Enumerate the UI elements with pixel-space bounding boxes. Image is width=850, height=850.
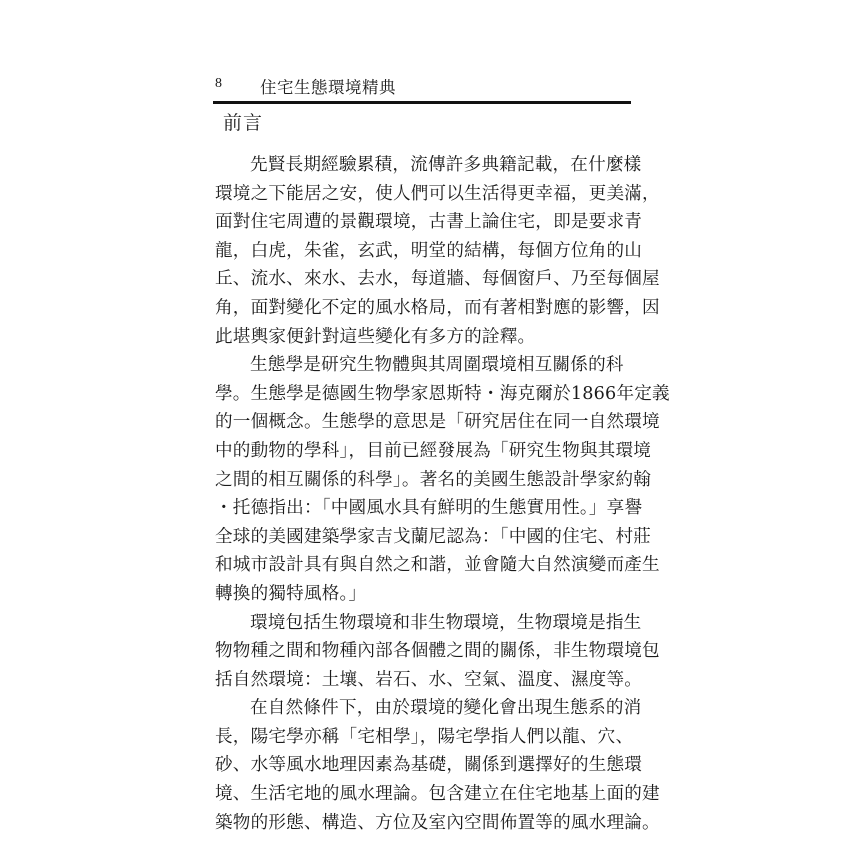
- text-line: 角，面對變化不定的風水格局，而有著相對應的影響，因: [215, 294, 635, 323]
- text-line: 長，陽宅學亦稱「宅相學」，陽宅學指人們以龍、穴、: [215, 723, 635, 752]
- text-line: 環境之下能居之安，使人們可以生活得更幸福，更美滿，: [215, 180, 635, 209]
- running-head: 8 住宅生態環境精典: [213, 70, 633, 100]
- text-line: 物物種之間和物種內部各個體之間的關係，非生物環境包: [215, 637, 635, 666]
- text-line: 之間的相互關係的科學」。著名的美國生態設計學家約翰: [215, 466, 635, 495]
- header-rule: [213, 101, 631, 104]
- text-line: 生態學是研究生物體與其周圍環境相互關係的科: [215, 351, 635, 380]
- text-line: 全球的美國建築學家吉戈蘭尼認為：「中國的住宅、村莊: [215, 523, 635, 552]
- paragraph-3: 環境包括生物環境和非生物環境，生物環境是指生 物物種之間和物種內部各個體之間的關…: [215, 609, 635, 695]
- text-line: 丘、流水、來水、去水，每道牆、每個窗戶、乃至每個屋: [215, 265, 635, 294]
- text-line: 砂、水等風水地理因素為基礎，關係到選擇好的生態環: [215, 751, 635, 780]
- text-line: 和城市設計具有與自然之和諧，並會隨大自然演變而產生: [215, 551, 635, 580]
- text-line: 環境包括生物環境和非生物環境，生物環境是指生: [215, 609, 635, 638]
- text-line: ・托德指出：「中國風水具有鮮明的生態實用性。」享譽: [215, 494, 635, 523]
- text-line: 中的動物的學科」，目前已經發展為「研究生物與其環境: [215, 437, 635, 466]
- text-line: 在自然條件下，由於環境的變化會出現生態系的消: [215, 694, 635, 723]
- text-line: 先賢長期經驗累積，流傳許多典籍記載，在什麼樣: [215, 151, 635, 180]
- text-line: 境、生活宅地的風水理論。包含建立在住宅地基上面的建: [215, 780, 635, 809]
- text-line: 龍，白虎，朱雀，玄武，明堂的結構，每個方位角的山: [215, 237, 635, 266]
- page-number: 8: [215, 76, 222, 92]
- text-line: 括自然環境：土壤、岩石、水、空氣、溫度、濕度等。: [215, 666, 635, 695]
- body-text: 先賢長期經驗累積，流傳許多典籍記載，在什麼樣 環境之下能居之安，使人們可以生活得…: [215, 151, 635, 837]
- paragraph-1: 先賢長期經驗累積，流傳許多典籍記載，在什麼樣 環境之下能居之安，使人們可以生活得…: [215, 151, 635, 351]
- text-line: 面對住宅周遭的景觀環境，古書上論住宅，即是要求青: [215, 208, 635, 237]
- paragraph-4: 在自然條件下，由於環境的變化會出現生態系的消 長，陽宅學亦稱「宅相學」，陽宅學指…: [215, 694, 635, 837]
- text-line: 此堪輿家便針對這些變化有多方的詮釋。: [215, 323, 635, 352]
- paragraph-2: 生態學是研究生物體與其周圍環境相互關係的科 學。生態學是德國生物學家恩斯特・海克…: [215, 351, 635, 608]
- section-title: 前言: [223, 108, 263, 135]
- book-page: 8 住宅生態環境精典 前言 先賢長期經驗累積，流傳許多典籍記載，在什麼樣 環境之…: [213, 70, 633, 100]
- book-title: 住宅生態環境精典: [260, 74, 396, 98]
- text-line: 學。生態學是德國生物學家恩斯特・海克爾於1866年定義: [215, 380, 635, 409]
- text-line: 築物的形態、構造、方位及室內空間佈置等的風水理論。: [215, 809, 635, 838]
- text-line: 轉換的獨特風格。」: [215, 580, 635, 609]
- text-line: 的一個概念。生態學的意思是「研究居住在同一自然環境: [215, 408, 635, 437]
